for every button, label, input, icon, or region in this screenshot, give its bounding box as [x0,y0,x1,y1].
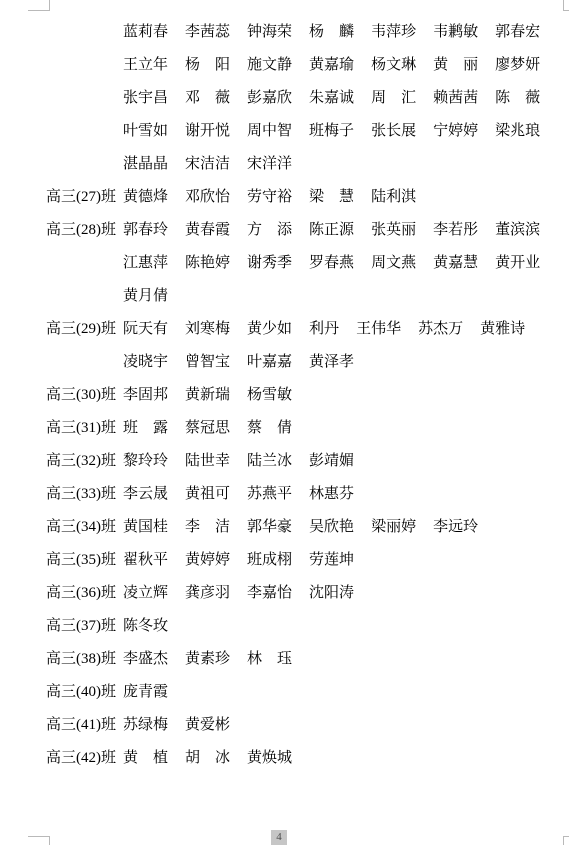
class-row: 高三(32)班黎玲玲陆世幸陆兰冰彭靖媚 [46,443,540,476]
student-name: 陆兰冰 [247,449,292,470]
student-name: 梁 慧 [309,185,354,206]
student-name: 班成栩 [247,548,292,569]
class-label: 高三(35)班 [46,548,123,569]
student-name: 蔡冠思 [185,416,230,437]
student-name: 张英丽 [371,218,416,239]
class-label: 高三(40)班 [46,680,123,701]
student-name: 曾智宝 [185,350,230,371]
student-name: 劳莲坤 [309,548,354,569]
name-list: 李云晟黄祖可苏燕平林惠芬 [123,482,540,503]
student-name: 龚彦羽 [185,581,230,602]
class-row: 叶雪如谢开悦周中智班梅子张长展宁婷婷梁兆琅 [46,113,540,146]
name-list: 阮天有刘寒梅黄少如利丹王伟华苏杰万黄雅诗 [123,317,540,338]
student-name: 李云晟 [123,482,168,503]
student-name: 周文燕 [371,251,416,272]
student-name: 黄春霞 [185,218,230,239]
class-row: 高三(34)班黄国桂李 洁郭华豪吴欣艳梁丽婷李远玲 [46,509,540,542]
student-name: 翟秋平 [123,548,168,569]
student-name: 朱嘉诚 [309,86,354,107]
student-name: 苏杰万 [418,317,463,338]
crop-mark-bottom-right-vertical [563,836,564,845]
student-name: 阮天有 [123,317,168,338]
name-list: 江惠萍陈艳婷谢秀季罗春燕周文燕黄嘉慧黄开业 [123,251,540,272]
student-name: 庞青霞 [123,680,168,701]
student-name: 黄少如 [247,317,292,338]
student-name: 王伟华 [356,317,401,338]
student-name: 李若彤 [433,218,478,239]
student-name: 韦鹣敏 [433,20,478,41]
document-page: 蓝莉春李茜蕊钟海荣杨 麟韦萍珍韦鹣敏郭春宏王立年杨 阳施文静黄嘉瑜杨文琳黄 丽廖… [0,0,569,845]
student-name: 彭靖媚 [309,449,354,470]
student-name: 李茜蕊 [185,20,230,41]
class-row: 高三(28)班郭春玲黄春霞方 添陈正源张英丽李若彤董滨滨 [46,212,540,245]
class-row: 高三(40)班庞青霞 [46,674,540,707]
student-name: 周 汇 [371,86,416,107]
student-name: 黄月倩 [123,284,168,305]
name-list: 翟秋平黄婷婷班成栩劳莲坤 [123,548,540,569]
name-list: 凌晓宇曾智宝叶嘉嘉黄泽孝 [123,350,540,371]
student-name: 黄德烽 [123,185,168,206]
name-list: 郭春玲黄春霞方 添陈正源张英丽李若彤董滨滨 [123,218,540,239]
name-list: 凌立辉龚彦羽李嘉怡沈阳涛 [123,581,540,602]
student-name: 叶雪如 [123,119,168,140]
student-name: 沈阳涛 [309,581,354,602]
student-name: 林 珏 [247,647,292,668]
class-row: 高三(36)班凌立辉龚彦羽李嘉怡沈阳涛 [46,575,540,608]
student-name: 黄嘉慧 [433,251,478,272]
student-name: 刘寒梅 [185,317,230,338]
student-name: 黄嘉瑜 [309,53,354,74]
name-list: 庞青霞 [123,680,540,701]
student-name: 宋洋洋 [247,152,292,173]
class-row: 高三(42)班黄 植胡 冰黄焕城 [46,740,540,773]
student-name: 宋洁洁 [185,152,230,173]
name-list: 黄国桂李 洁郭华豪吴欣艳梁丽婷李远玲 [123,515,540,536]
student-name: 陈正源 [309,218,354,239]
student-name: 黄国桂 [123,515,168,536]
name-list: 陈冬玫 [123,614,540,635]
student-name: 赖茜茜 [433,86,478,107]
name-list: 黄 植胡 冰黄焕城 [123,746,540,767]
name-list: 湛晶晶宋洁洁宋洋洋 [123,152,540,173]
name-list: 黄德烽邓欣怡劳守裕梁 慧陆利淇 [123,185,540,206]
class-row: 高三(33)班李云晟黄祖可苏燕平林惠芬 [46,476,540,509]
student-name: 谢开悦 [185,119,230,140]
name-list: 李固邦黄新瑞杨雪敏 [123,383,540,404]
student-name: 黄 植 [123,746,168,767]
student-name: 李盛杰 [123,647,168,668]
student-name: 黄 丽 [433,53,478,74]
student-name: 黄焕城 [247,746,292,767]
name-list: 黎玲玲陆世幸陆兰冰彭靖媚 [123,449,540,470]
student-name: 周中智 [247,119,292,140]
class-row: 高三(27)班黄德烽邓欣怡劳守裕梁 慧陆利淇 [46,179,540,212]
student-name: 谢秀季 [247,251,292,272]
student-name: 班梅子 [309,119,354,140]
student-name: 宁婷婷 [433,119,478,140]
student-name: 黄素珍 [185,647,230,668]
class-row: 张宇昌邓 薇彭嘉欣朱嘉诚周 汇赖茜茜陈 薇 [46,80,540,113]
student-name: 陈冬玫 [123,614,168,635]
student-name: 凌立辉 [123,581,168,602]
student-name: 郭春玲 [123,218,168,239]
class-row: 湛晶晶宋洁洁宋洋洋 [46,146,540,179]
student-name: 陆世幸 [185,449,230,470]
student-name: 黄新瑞 [185,383,230,404]
class-label: 高三(41)班 [46,713,123,734]
student-name: 张宇昌 [123,86,168,107]
student-name: 廖梦妍 [495,53,540,74]
class-label: 高三(30)班 [46,383,123,404]
class-label: 高三(38)班 [46,647,123,668]
student-name: 郭华豪 [247,515,292,536]
crop-mark-bottom-left-vertical [49,836,50,845]
student-name: 王立年 [123,53,168,74]
page-number-field: 4 [271,830,287,845]
student-name: 杨 麟 [309,20,354,41]
class-row: 高三(30)班李固邦黄新瑞杨雪敏 [46,377,540,410]
student-name: 邓 薇 [185,86,230,107]
name-list: 班 露蔡冠思蔡 倩 [123,416,540,437]
student-name: 李嘉怡 [247,581,292,602]
class-row: 王立年杨 阳施文静黄嘉瑜杨文琳黄 丽廖梦妍 [46,47,540,80]
class-label: 高三(32)班 [46,449,123,470]
class-row: 高三(38)班李盛杰黄素珍林 珏 [46,641,540,674]
class-row: 高三(29)班阮天有刘寒梅黄少如利丹王伟华苏杰万黄雅诗 [46,311,540,344]
name-list: 张宇昌邓 薇彭嘉欣朱嘉诚周 汇赖茜茜陈 薇 [123,86,540,107]
student-name: 黄爱彬 [185,713,230,734]
student-name: 蔡 倩 [247,416,292,437]
name-list: 叶雪如谢开悦周中智班梅子张长展宁婷婷梁兆琅 [123,119,540,140]
student-name: 施文静 [247,53,292,74]
name-list: 黄月倩 [123,284,540,305]
student-name: 叶嘉嘉 [247,350,292,371]
class-label: 高三(28)班 [46,218,123,239]
class-row: 高三(37)班陈冬玫 [46,608,540,641]
crop-mark-top-left-horizontal [28,10,50,11]
student-name: 苏绿梅 [123,713,168,734]
student-name: 苏燕平 [247,482,292,503]
student-name: 李固邦 [123,383,168,404]
class-label: 高三(34)班 [46,515,123,536]
class-label: 高三(36)班 [46,581,123,602]
student-name: 黄祖可 [185,482,230,503]
student-name: 罗春燕 [309,251,354,272]
student-name: 凌晓宇 [123,350,168,371]
student-name: 方 添 [247,218,292,239]
student-name: 湛晶晶 [123,152,168,173]
student-name: 杨文琳 [371,53,416,74]
student-name: 杨 阳 [185,53,230,74]
student-name: 董滨滨 [495,218,540,239]
student-name: 黄婷婷 [185,548,230,569]
student-name: 利丹 [309,317,339,338]
student-name: 张长展 [371,119,416,140]
student-roster: 蓝莉春李茜蕊钟海荣杨 麟韦萍珍韦鹣敏郭春宏王立年杨 阳施文静黄嘉瑜杨文琳黄 丽廖… [46,14,540,773]
name-list: 蓝莉春李茜蕊钟海荣杨 麟韦萍珍韦鹣敏郭春宏 [123,20,540,41]
class-label: 高三(27)班 [46,185,123,206]
student-name: 李远玲 [433,515,478,536]
crop-mark-top-left-vertical [49,0,50,11]
student-name: 吴欣艳 [309,515,354,536]
class-label: 高三(29)班 [46,317,123,338]
student-name: 蓝莉春 [123,20,168,41]
student-name: 班 露 [123,416,168,437]
student-name: 陈 薇 [495,86,540,107]
student-name: 梁丽婷 [371,515,416,536]
class-row: 高三(31)班班 露蔡冠思蔡 倩 [46,410,540,443]
crop-mark-top-right-vertical [563,0,564,11]
student-name: 陆利淇 [371,185,416,206]
class-label: 高三(37)班 [46,614,123,635]
class-label: 高三(33)班 [46,482,123,503]
class-row: 凌晓宇曾智宝叶嘉嘉黄泽孝 [46,344,540,377]
class-row: 高三(41)班苏绿梅黄爱彬 [46,707,540,740]
crop-mark-bottom-left-horizontal [28,836,50,837]
student-name: 钟海荣 [247,20,292,41]
class-label: 高三(31)班 [46,416,123,437]
student-name: 黄雅诗 [480,317,525,338]
student-name: 林惠芬 [309,482,354,503]
student-name: 邓欣怡 [185,185,230,206]
class-row: 江惠萍陈艳婷谢秀季罗春燕周文燕黄嘉慧黄开业 [46,245,540,278]
name-list: 李盛杰黄素珍林 珏 [123,647,540,668]
class-row: 黄月倩 [46,278,540,311]
student-name: 李 洁 [185,515,230,536]
student-name: 陈艳婷 [185,251,230,272]
student-name: 郭春宏 [495,20,540,41]
student-name: 江惠萍 [123,251,168,272]
student-name: 彭嘉欣 [247,86,292,107]
student-name: 韦萍珍 [371,20,416,41]
class-row: 蓝莉春李茜蕊钟海荣杨 麟韦萍珍韦鹣敏郭春宏 [46,14,540,47]
name-list: 王立年杨 阳施文静黄嘉瑜杨文琳黄 丽廖梦妍 [123,53,540,74]
student-name: 黄泽孝 [309,350,354,371]
name-list: 苏绿梅黄爱彬 [123,713,540,734]
student-name: 胡 冰 [185,746,230,767]
student-name: 杨雪敏 [247,383,292,404]
class-row: 高三(35)班翟秋平黄婷婷班成栩劳莲坤 [46,542,540,575]
student-name: 梁兆琅 [495,119,540,140]
class-label: 高三(42)班 [46,746,123,767]
student-name: 黄开业 [495,251,540,272]
student-name: 劳守裕 [247,185,292,206]
student-name: 黎玲玲 [123,449,168,470]
